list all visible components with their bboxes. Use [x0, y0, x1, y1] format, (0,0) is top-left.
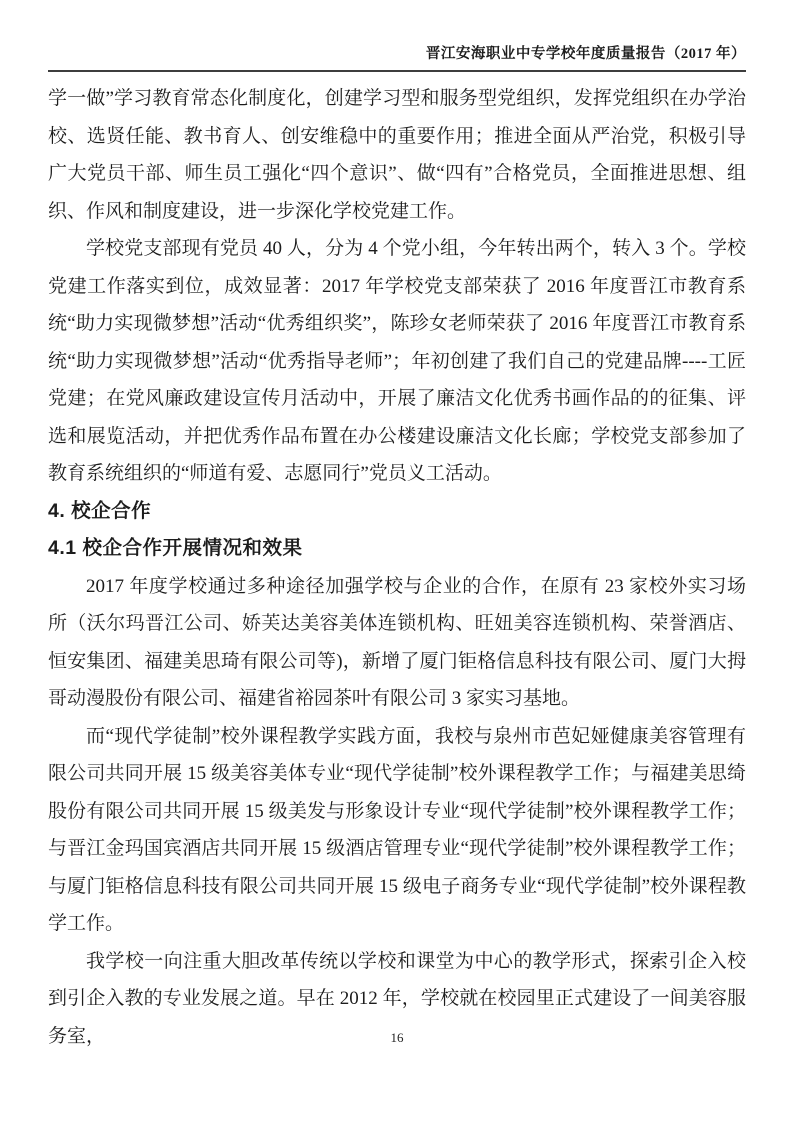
paragraph-party-branch-achievements: 学校党支部现有党员 40 人，分为 4 个党小组，今年转出两个，转入 3 个。学… [48, 230, 746, 493]
paragraph-party-education: 学一做”学习教育常态化制度化，创建学习型和服务型党组织，发挥党组织在办学治校、选… [48, 80, 746, 230]
section-heading-school-enterprise-cooperation: 4. 校企合作 [48, 493, 746, 531]
document-body: 学一做”学习教育常态化制度化，创建学习型和服务型党组织，发挥党组织在办学治校、选… [48, 80, 746, 1055]
header-title: 晋江安海职业中专学校年度质量报告（2017 年） [48, 44, 746, 64]
paragraph-modern-apprenticeship: 而“现代学徒制”校外课程教学实践方面，我校与泉州市芭妃娅健康美容管理有限公司共同… [48, 718, 746, 943]
page-header: 晋江安海职业中专学校年度质量报告（2017 年） [48, 0, 746, 72]
paragraph-cooperation-bases: 2017 年度学校通过多种途径加强学校与企业的合作，在原有 23 家校外实习场所… [48, 568, 746, 718]
page-number: 16 [391, 1030, 404, 1045]
subsection-heading-cooperation-status: 4.1 校企合作开展情况和效果 [48, 530, 746, 568]
document-page: 晋江安海职业中专学校年度质量报告（2017 年） 学一做”学习教育常态化制度化，… [0, 0, 794, 1123]
header-rule [48, 70, 746, 72]
page-footer: 16 [48, 1030, 746, 1045]
